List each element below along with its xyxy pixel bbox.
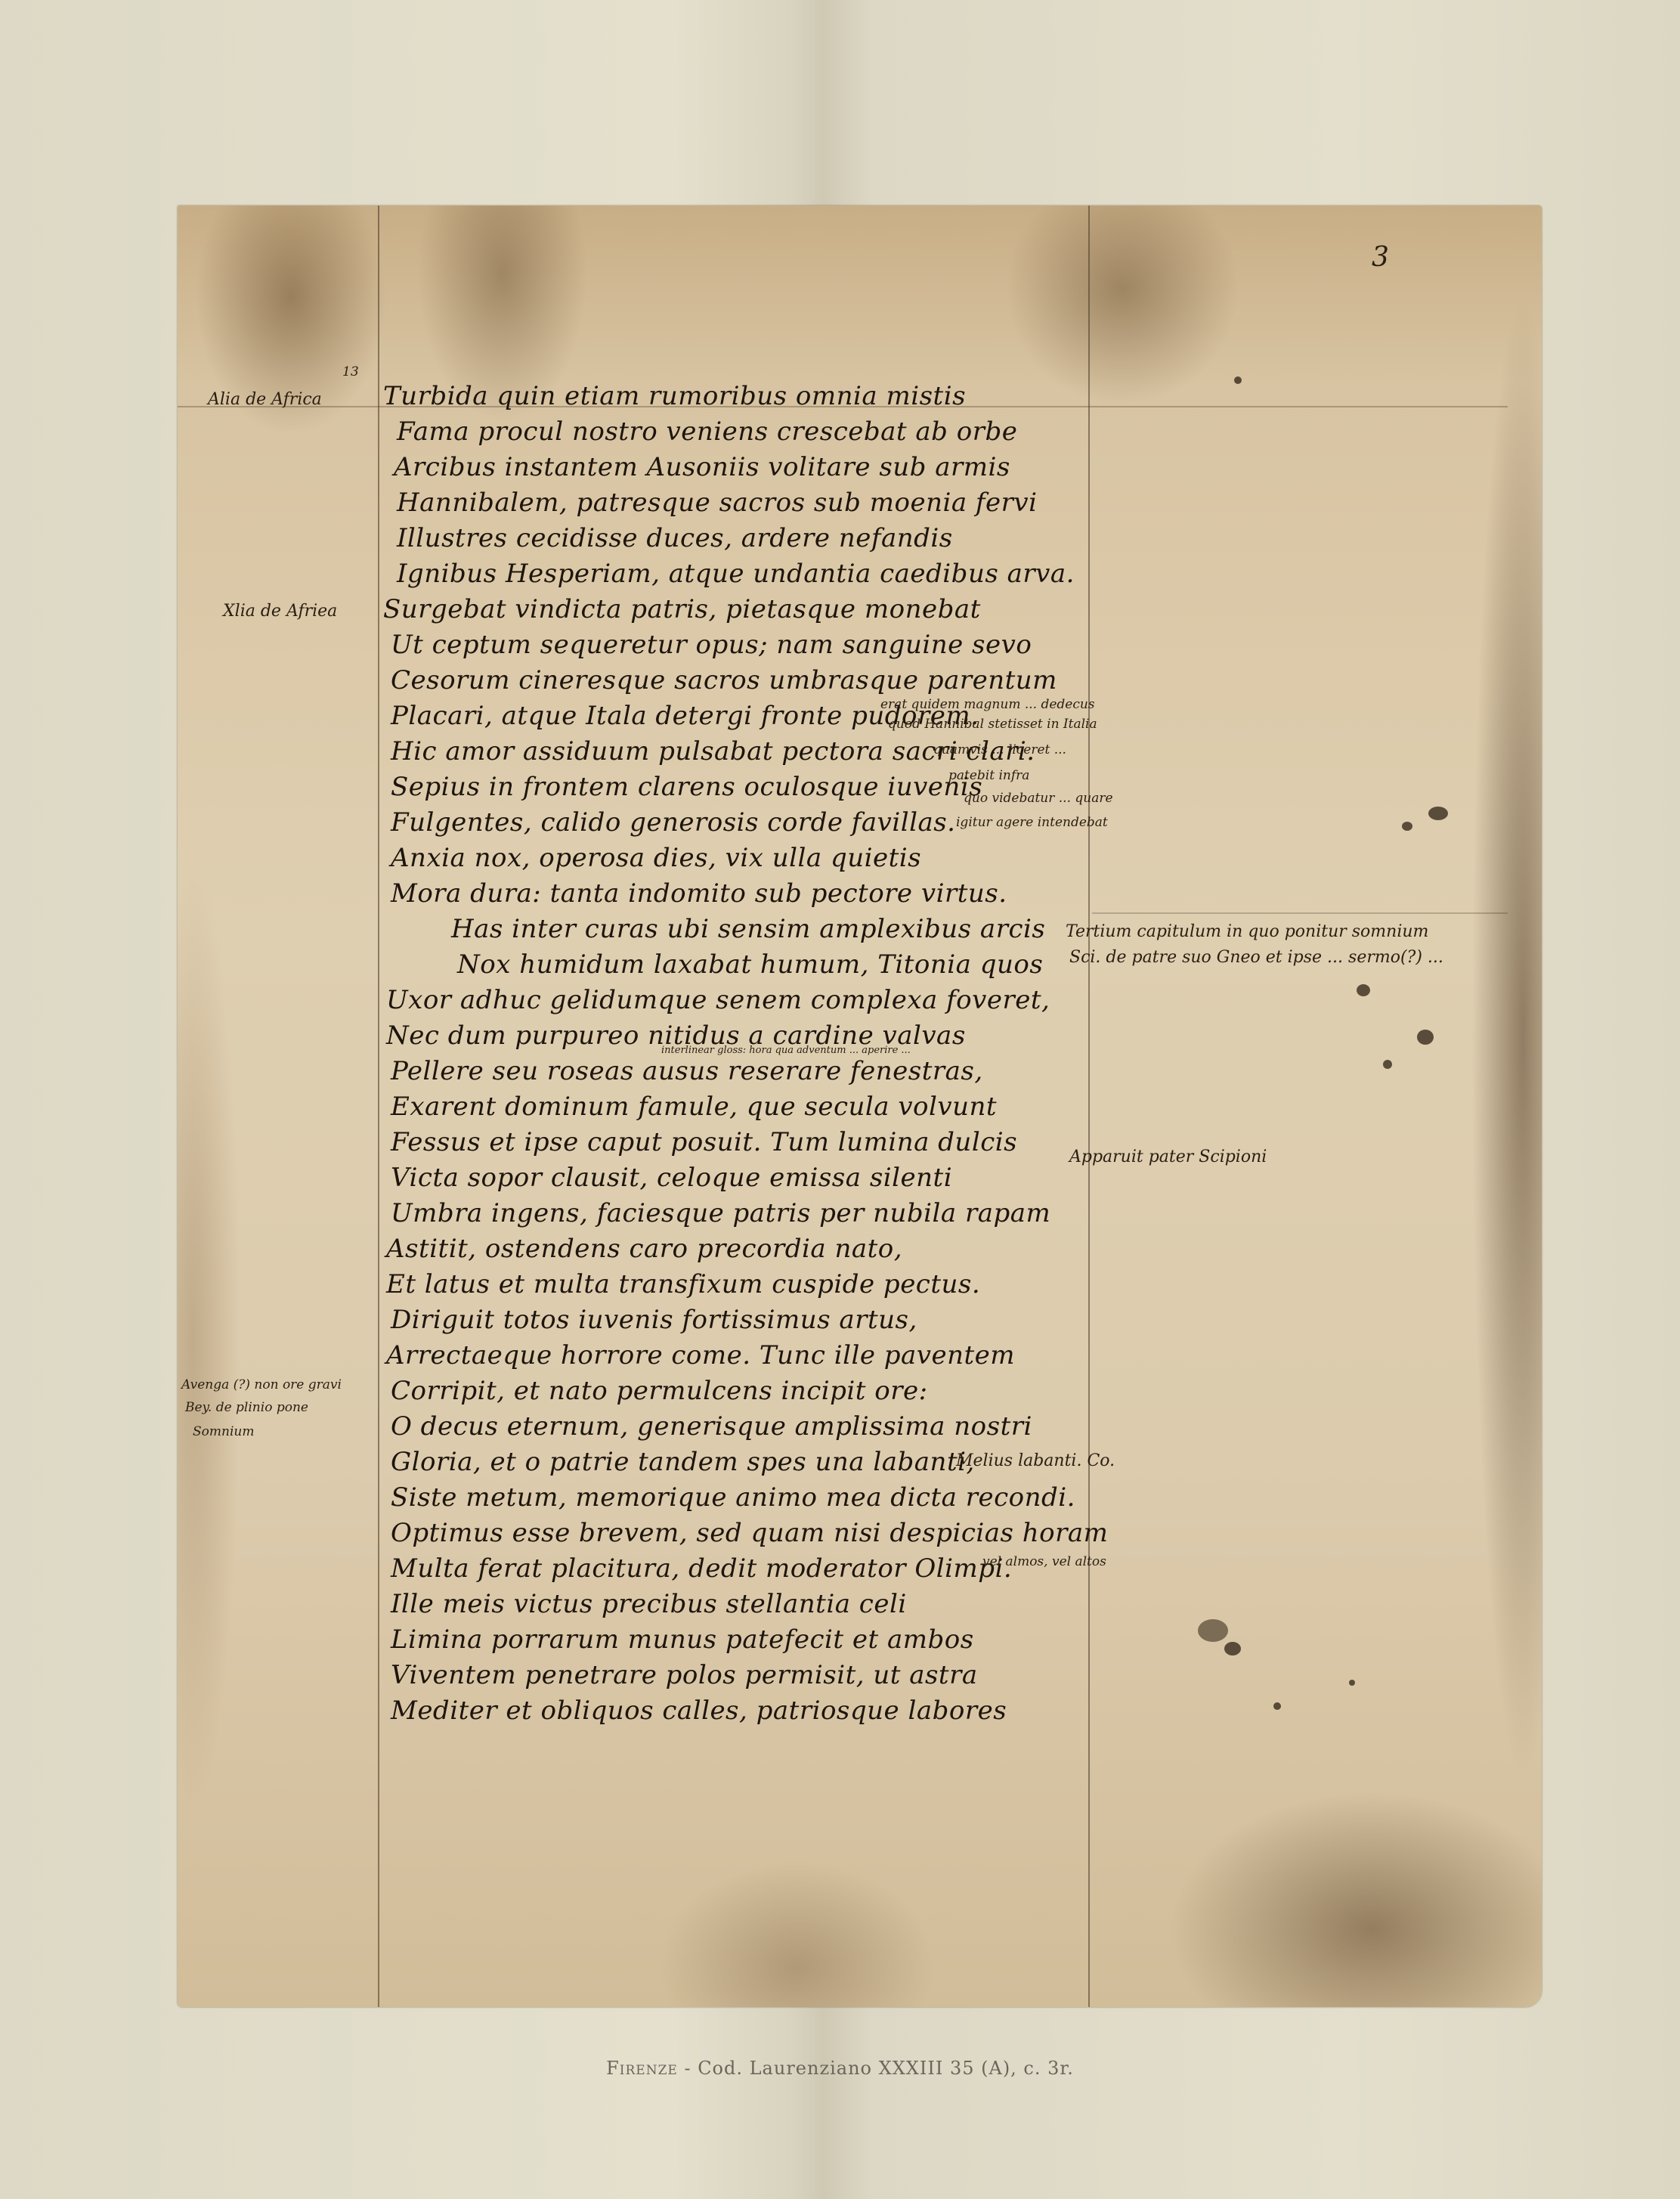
plate-caption: Firenze - Cod. Laurenziano XXXIII 35 (A)…: [0, 2058, 1680, 2079]
ink-blot: [1273, 1702, 1281, 1710]
text-line: O decus eternum, generisque amplissima n…: [391, 1411, 1032, 1442]
text-line: Hannibalem, patresque sacros sub moenia …: [397, 488, 1037, 518]
margin-note: Alia de Africa: [208, 390, 322, 409]
line-text: Viventem penetrare polos permisit, ut as…: [391, 1660, 978, 1690]
caption-city: Firenze: [606, 2058, 678, 2079]
line-text: Diriguit totos iuvenis fortissimus artus…: [391, 1305, 917, 1335]
line-text: Fulgentes, calido generosis corde favill…: [391, 807, 955, 838]
text-line: Arrectaeque horrore come. Tunc ille pave…: [386, 1340, 1015, 1371]
text-line: Mediter et obliquos calles, patriosque l…: [391, 1696, 1007, 1726]
line-text: Sepius in frontem clarens oculosque iuve…: [391, 772, 982, 802]
line-text: Exarent dominum famule, que secula volvu…: [391, 1092, 997, 1122]
margin-note: Tertium capitulum in quo ponitur somnium: [1066, 922, 1428, 941]
text-line: Turbida quin etiam rumoribus omnia misti…: [383, 381, 966, 411]
text-line: Illustres cecidisse duces, ardere nefand…: [397, 523, 953, 553]
line-text: Gloria, et o patrie tandem spes una laba…: [391, 1447, 975, 1477]
line-number-mark: 13: [342, 364, 359, 379]
margin-note: Somnium: [193, 1424, 254, 1439]
manuscript-page: 3 Turbida quin etiam rumoribus omnia mis…: [178, 206, 1542, 2007]
margin-note: Apparuit pater Scipioni: [1069, 1148, 1267, 1166]
margin-note: Sci. de patre suo Gneo et ipse ... sermo…: [1069, 948, 1443, 967]
line-text: Fama procul nostro veniens crescebat ab …: [397, 417, 1017, 447]
line-text: Ille meis victus precibus stellantia cel…: [391, 1589, 907, 1619]
line-text: Ignibus Hesperiam, atque undantia caedib…: [397, 559, 1075, 589]
margin-note: vel almos, vel altos: [982, 1554, 1106, 1569]
margin-note: quo videbatur ... quare: [964, 791, 1113, 806]
line-text: Has inter curas ubi sensim amplexibus ar…: [451, 914, 1045, 944]
line-text: Ut ceptum sequeretur opus; nam sanguine …: [391, 630, 1032, 660]
text-line: Umbra ingens, faciesque patris per nubil…: [391, 1198, 1050, 1228]
text-line: Uxor adhuc gelidumque senem complexa fov…: [386, 985, 1050, 1015]
line-text: Hannibalem, patresque sacros sub moenia …: [397, 488, 1037, 518]
line-text: Turbida quin etiam rumoribus omnia misti…: [383, 381, 966, 411]
line-text: Victa sopor clausit, celoque emissa sile…: [391, 1163, 952, 1193]
line-text: Surgebat vindicta patris, pietasque mone…: [383, 594, 981, 624]
line-text: Umbra ingens, faciesque patris per nubil…: [391, 1198, 1050, 1228]
line-text: Corripit, et nato permulcens incipit ore…: [391, 1376, 928, 1406]
line-text: Anxia nox, operosa dies, vix ulla quieti…: [391, 843, 921, 873]
line-text: Cesorum cineresque sacros umbrasque pare…: [391, 665, 1057, 695]
caption-separator: -: [678, 2058, 698, 2079]
text-line: Fessus et ipse caput posuit. Tum lumina …: [391, 1127, 1017, 1157]
folio-number: 3: [1372, 242, 1389, 273]
text-line: Gloria, et o patrie tandem spes una laba…: [391, 1447, 975, 1477]
line-text: Mora dura: tanta indomito sub pectore vi…: [391, 878, 1007, 909]
line-text: Et latus et multa transfixum cuspide pec…: [386, 1269, 980, 1299]
ink-blot: [1198, 1619, 1228, 1642]
text-line: Optimus esse brevem, sed quam nisi despi…: [391, 1518, 1108, 1548]
text-line: Astitit, ostendens caro precordia nato,: [386, 1234, 902, 1264]
line-text: Optimus esse brevem, sed quam nisi despi…: [391, 1518, 1108, 1548]
line-text: Arcibus instantem Ausoniis volitare sub …: [394, 452, 1010, 482]
ink-blot: [1383, 1060, 1392, 1069]
margin-note: Melius labanti. Co.: [956, 1451, 1115, 1470]
line-text: Mediter et obliquos calles, patriosque l…: [391, 1696, 1007, 1726]
line-text: Astitit, ostendens caro precordia nato,: [386, 1234, 902, 1264]
text-line: Victa sopor clausit, celoque emissa sile…: [391, 1163, 952, 1193]
text-line: Fulgentes, calido generosis corde favill…: [391, 807, 955, 838]
text-line: Sepius in frontem clarens oculosque iuve…: [391, 772, 982, 802]
text-line: Limina porrarum munus patefecit et ambos: [391, 1624, 974, 1655]
text-line: Ut ceptum sequeretur opus; nam sanguine …: [391, 630, 1032, 660]
text-line: Ignibus Hesperiam, atque undantia caedib…: [397, 559, 1075, 589]
text-line: Et latus et multa transfixum cuspide pec…: [386, 1269, 980, 1299]
text-line-indented: Nox humidum laxabat humum, Titonia quos: [457, 949, 1043, 980]
text-line: Siste metum, memorique animo mea dicta r…: [391, 1482, 1075, 1513]
line-text: Limina porrarum munus patefecit et ambos: [391, 1624, 974, 1655]
margin-note: erat quidem magnum ... dedecus: [880, 697, 1095, 712]
margin-note: Xlia de Afriea: [223, 602, 337, 621]
text-line: Exarent dominum famule, que secula volvu…: [391, 1092, 997, 1122]
text-line: Ille meis victus precibus stellantia cel…: [391, 1589, 907, 1619]
text-line-indented: Has inter curas ubi sensim amplexibus ar…: [451, 914, 1045, 944]
line-text: Pellere seu roseas ausus reserare fenest…: [391, 1056, 983, 1086]
text-line: Cesorum cineresque sacros umbrasque pare…: [391, 665, 1057, 695]
ink-blot: [1224, 1642, 1241, 1655]
ink-blot: [1234, 376, 1242, 384]
ink-blot: [1349, 1680, 1355, 1686]
ink-blot: [1428, 807, 1448, 820]
line-text: Uxor adhuc gelidumque senem complexa fov…: [386, 985, 1050, 1015]
line-text: Illustres cecidisse duces, ardere nefand…: [397, 523, 953, 553]
text-line: Multa ferat placitura, dedit moderator O…: [391, 1553, 1012, 1584]
caption-shelfmark: Cod. Laurenziano XXXIII 35 (A), c. 3r.: [698, 2058, 1074, 2079]
interlinear-gloss: interlinear gloss: hora qua adventum ...…: [661, 1045, 911, 1056]
text-line: Corripit, et nato permulcens incipit ore…: [391, 1376, 928, 1406]
line-text: Multa ferat placitura, dedit moderator O…: [391, 1553, 1012, 1584]
ink-blot: [1402, 822, 1412, 831]
text-line: Mora dura: tanta indomito sub pectore vi…: [391, 878, 1007, 909]
right-ruling-line: [1088, 206, 1090, 2007]
text-line: Diriguit totos iuvenis fortissimus artus…: [391, 1305, 917, 1335]
line-text: Siste metum, memorique animo mea dicta r…: [391, 1482, 1075, 1513]
line-text: Arrectaeque horrore come. Tunc ille pave…: [386, 1340, 1015, 1371]
ink-blot: [1417, 1030, 1434, 1045]
margin-note: Avenga (?) non ore gravi: [181, 1377, 342, 1392]
text-line: Fama procul nostro veniens crescebat ab …: [397, 417, 1017, 447]
text-line: Pellere seu roseas ausus reserare fenest…: [391, 1056, 983, 1086]
margin-note: quod Hannibal stetisset in Italia: [888, 717, 1097, 732]
text-line: Anxia nox, operosa dies, vix ulla quieti…: [391, 843, 921, 873]
line-text: Fessus et ipse caput posuit. Tum lumina …: [391, 1127, 1017, 1157]
line-text: O decus eternum, generisque amplissima n…: [391, 1411, 1032, 1442]
margin-note: quamvis ... liceret ...: [933, 742, 1066, 757]
mid-ruling-line: [1092, 912, 1508, 914]
text-line: Surgebat vindicta patris, pietasque mone…: [383, 594, 981, 624]
line-text: Nox humidum laxabat humum, Titonia quos: [457, 949, 1043, 980]
left-ruling-line: [378, 206, 379, 2007]
ink-blot: [1357, 984, 1370, 996]
margin-note: igitur agere intendebat: [956, 815, 1108, 830]
margin-note: patebit infra: [948, 768, 1029, 783]
margin-note: Bey. de plinio pone: [185, 1400, 308, 1415]
text-line: Arcibus instantem Ausoniis volitare sub …: [394, 452, 1010, 482]
text-line: Viventem penetrare polos permisit, ut as…: [391, 1660, 978, 1690]
